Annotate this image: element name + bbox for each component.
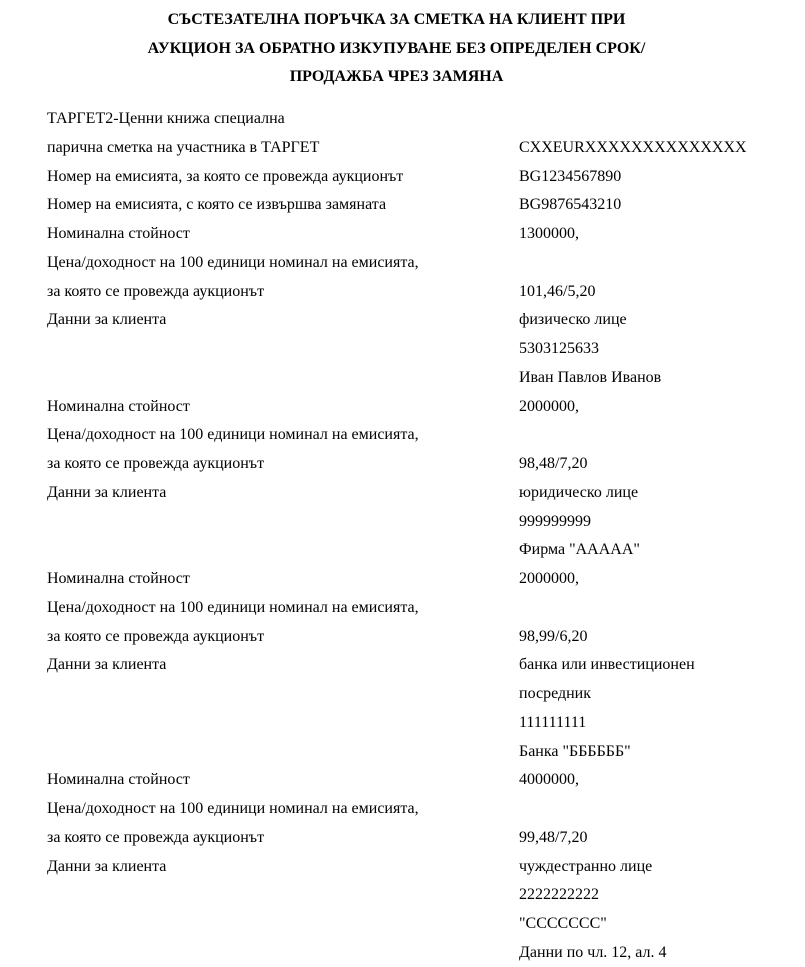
field-row: за която се провежда аукционът98,48/7,20	[0, 450, 805, 479]
field-row: Иван Павлов Иванов	[0, 364, 805, 393]
field-value: 5303125633	[519, 335, 599, 364]
title-line: СЪСТЕЗАТЕЛНА ПОРЪЧКА ЗА СМЕТКА НА КЛИЕНТ…	[0, 6, 793, 35]
field-value: Иван Павлов Иванов	[519, 364, 661, 393]
field-value: чуждестранно лице	[519, 853, 652, 882]
field-value: посредник	[519, 680, 591, 709]
field-value: 98,48/7,20	[519, 450, 587, 479]
field-value: 101,46/5,20	[519, 278, 595, 307]
field-value: 111111111	[519, 709, 586, 738]
field-row: Данни за клиентабанка или инвестиционен	[0, 651, 805, 680]
field-row: Номер на емисията, за която се провежда …	[0, 163, 805, 192]
field-label: Данни за клиента	[47, 306, 166, 335]
field-label: Номинална стойност	[47, 766, 190, 795]
field-label: за която се провежда аукционът	[47, 278, 264, 307]
field-row: за която се провежда аукционът98,99/6,20	[0, 623, 805, 652]
field-label: за която се провежда аукционът	[47, 623, 264, 652]
field-row: Номинална стойност2000000,	[0, 393, 805, 422]
field-row: за която се провежда аукционът99,48/7,20	[0, 824, 805, 853]
field-row: Номер на емисията, с която се извършва з…	[0, 191, 805, 220]
field-row: "ССССССС"	[0, 910, 805, 939]
field-row: Цена/доходност на 100 единици номинал на…	[0, 795, 805, 824]
field-row: 111111111	[0, 709, 805, 738]
field-row: Банка "ББББББ"	[0, 738, 805, 767]
field-label: парична сметка на участника в ТАРГЕТ	[47, 134, 319, 163]
field-label: Цена/доходност на 100 единици номинал на…	[47, 249, 419, 278]
order-details: ТАРГЕТ2-Ценни книжа специалнапарична сме…	[0, 105, 805, 967]
field-value: BG9876543210	[519, 191, 621, 220]
field-label: Цена/доходност на 100 единици номинал на…	[47, 421, 419, 450]
field-label: Номер на емисията, за която се провежда …	[47, 163, 403, 192]
field-value: 98,99/6,20	[519, 623, 587, 652]
field-label: Номер на емисията, с която се извършва з…	[47, 191, 386, 220]
field-row: Фирма "ААААА"	[0, 536, 805, 565]
field-row: посредник	[0, 680, 805, 709]
field-value: CXXEURXXXXXXXXXXXXXX	[519, 134, 747, 163]
field-row: Данни за клиентаюридическо лице	[0, 479, 805, 508]
field-row: 2222222222	[0, 881, 805, 910]
field-value: Фирма "ААААА"	[519, 536, 640, 565]
field-value: Данни по чл. 12, ал. 4	[519, 939, 667, 967]
field-row: ТАРГЕТ2-Ценни книжа специална	[0, 105, 805, 134]
field-label: Номинална стойност	[47, 220, 190, 249]
field-row: Данни за клиентафизическо лице	[0, 306, 805, 335]
field-label: Цена/доходност на 100 единици номинал на…	[47, 594, 419, 623]
field-row: 999999999	[0, 508, 805, 537]
document-title: СЪСТЕЗАТЕЛНА ПОРЪЧКА ЗА СМЕТКА НА КЛИЕНТ…	[0, 6, 793, 92]
field-label: за която се провежда аукционът	[47, 824, 264, 853]
field-value: "ССССССС"	[519, 910, 607, 939]
field-value: 999999999	[519, 508, 591, 537]
field-row: Данни по чл. 12, ал. 4	[0, 939, 805, 967]
field-row: за която се провежда аукционът101,46/5,2…	[0, 278, 805, 307]
field-label: ТАРГЕТ2-Ценни книжа специална	[47, 105, 285, 134]
field-row: Номинална стойност1300000,	[0, 220, 805, 249]
field-value: Банка "ББББББ"	[519, 738, 631, 767]
field-value: 99,48/7,20	[519, 824, 587, 853]
field-value: 1300000,	[519, 220, 579, 249]
field-row: парична сметка на участника в ТАРГЕТCXXE…	[0, 134, 805, 163]
field-row: Цена/доходност на 100 единици номинал на…	[0, 249, 805, 278]
field-row: Номинална стойност4000000,	[0, 766, 805, 795]
field-value: 2222222222	[519, 881, 599, 910]
field-row: 5303125633	[0, 335, 805, 364]
field-row: Цена/доходност на 100 единици номинал на…	[0, 594, 805, 623]
field-label: Данни за клиента	[47, 853, 166, 882]
field-value: банка или инвестиционен	[519, 651, 695, 680]
field-value: юридическо лице	[519, 479, 638, 508]
title-line: ПРОДАЖБА ЧРЕЗ ЗАМЯНА	[0, 63, 793, 92]
field-label: Номинална стойност	[47, 565, 190, 594]
field-label: за която се провежда аукционът	[47, 450, 264, 479]
field-row: Цена/доходност на 100 единици номинал на…	[0, 421, 805, 450]
field-value: 2000000,	[519, 565, 579, 594]
field-label: Цена/доходност на 100 единици номинал на…	[47, 795, 419, 824]
title-line: АУКЦИОН ЗА ОБРАТНО ИЗКУПУВАНЕ БЕЗ ОПРЕДЕ…	[0, 35, 793, 64]
field-value: BG1234567890	[519, 163, 621, 192]
field-label: Данни за клиента	[47, 479, 166, 508]
field-value: физическо лице	[519, 306, 627, 335]
field-label: Номинална стойност	[47, 393, 190, 422]
field-value: 2000000,	[519, 393, 579, 422]
field-label: Данни за клиента	[47, 651, 166, 680]
field-row: Данни за клиентачуждестранно лице	[0, 853, 805, 882]
field-value: 4000000,	[519, 766, 579, 795]
field-row: Номинална стойност2000000,	[0, 565, 805, 594]
